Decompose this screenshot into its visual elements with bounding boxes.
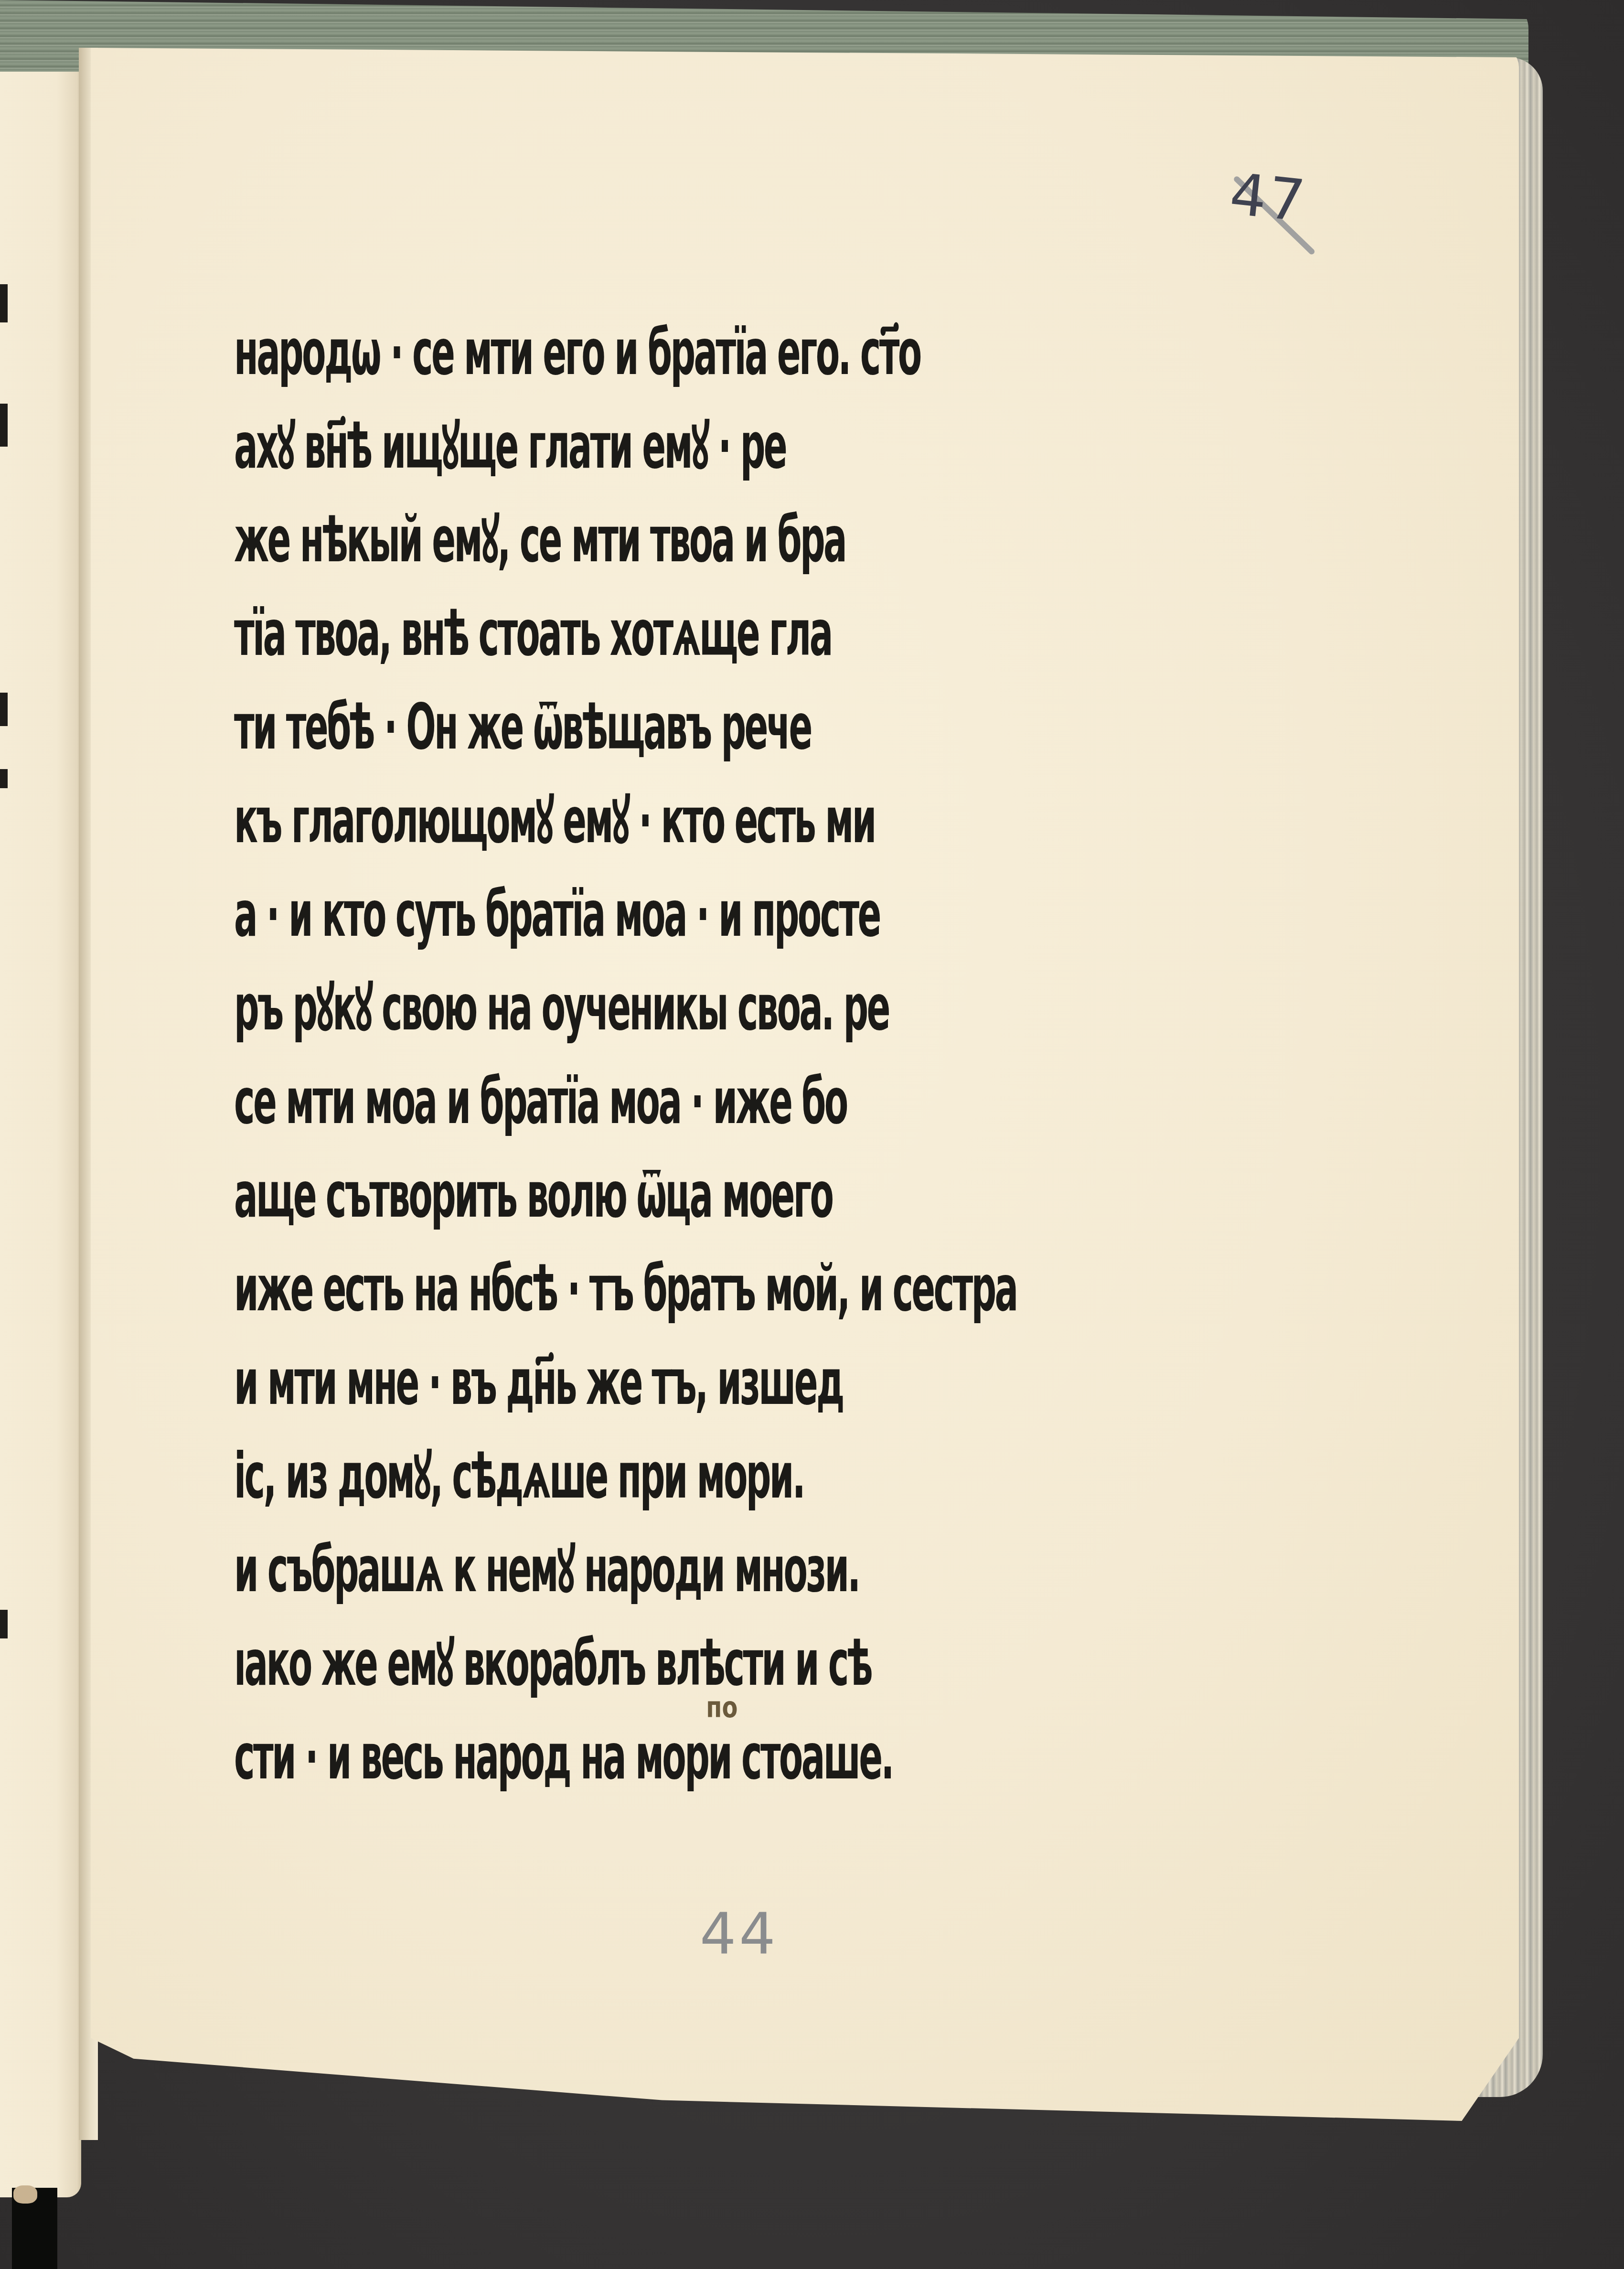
text-line: же нѣкый емꙋ, се мти твоа и бра <box>234 493 1167 587</box>
text-line: къ глаголющомꙋ емꙋ · кто есть ми <box>234 774 1167 867</box>
text-line: ти тебѣ · Он же ѿвѣщавъ рече <box>234 680 1167 774</box>
text-line: ахꙋ вн҃ѣ ищꙋще глати емꙋ · ре <box>234 399 1167 493</box>
pencil-page-number: 44 <box>700 1901 779 1968</box>
left-page-ink-fragment <box>0 693 8 726</box>
binding-thread <box>13 2185 37 2204</box>
text-line: и събрашѧ к немꙋ народи мнози. <box>234 1523 1167 1616</box>
catchword: по <box>706 1691 737 1724</box>
text-line: іс, из домꙋ, сѣдѧше при мори. <box>234 1429 1167 1523</box>
text-line: тїа твоа, внѣ стоать хотѧще гла <box>234 587 1167 680</box>
text-line: аще сътворить волю ѿца моего <box>234 1148 1167 1242</box>
text-line: ıако же емꙋ вкораблъ влѣсти и сѣ <box>234 1616 1167 1710</box>
left-page-ink-fragment <box>0 404 8 447</box>
text-line: народѡ · се мти его и братїа его. ст҃о <box>234 306 1167 399</box>
text-line: и мти мне · въ дн҃ь же тъ, изшед <box>234 1336 1167 1429</box>
left-page-ink-fragment <box>0 284 8 322</box>
text-line: иже есть на нбсѣ · тъ братъ мой, и сестр… <box>234 1242 1167 1336</box>
left-page-ink-fragment <box>0 769 8 788</box>
folio-number: 47 <box>1227 161 1310 235</box>
manuscript-text-block: народѡ · се мти его и братїа его. ст҃о а… <box>234 306 1165 1804</box>
text-line: а · и кто суть братїа моа · и просте <box>234 867 1167 961</box>
text-line: се мти моа и братїа моа · иже бо <box>234 1055 1167 1148</box>
text-line: ръ рꙋкꙋ свою на оученикы своа. ре <box>234 961 1167 1055</box>
text-line: сти · и весь народ на мори стоаше. <box>234 1710 1167 1804</box>
left-page-fragment <box>0 72 81 2197</box>
left-page-ink-fragment <box>0 1610 8 1638</box>
